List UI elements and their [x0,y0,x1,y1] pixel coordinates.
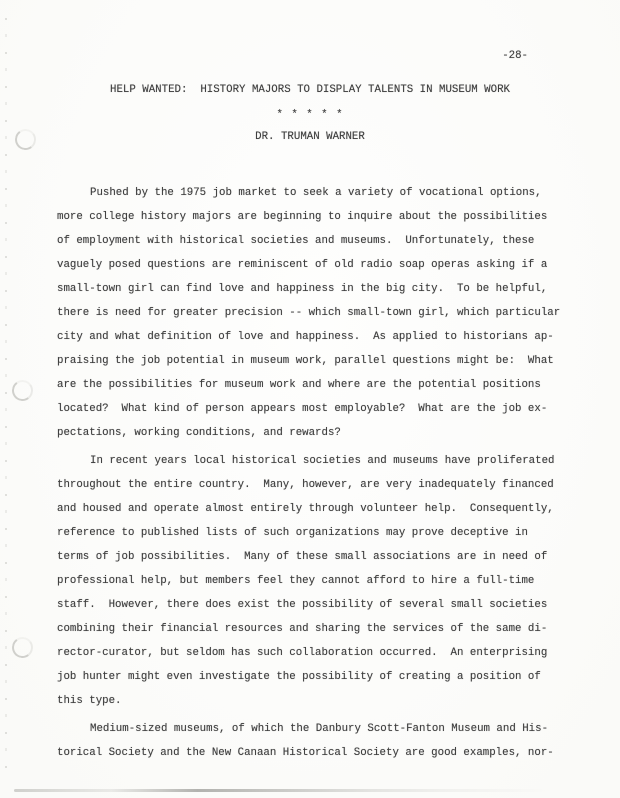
text-line: located? What kind of person appears mos… [57,397,573,421]
text-line: are the possibilities for museum work an… [57,373,573,397]
punch-hole-mark [11,379,35,403]
text-line: terms of job possibilities. Many of thes… [57,545,573,569]
text-line: job hunter might even investigate the po… [57,665,573,689]
text-line: professional help, but members feel they… [57,569,573,593]
text-line: and housed and operate almost entirely t… [57,497,573,521]
asterisk-separator: * * * * * [0,109,620,121]
text-line: there is need for greater precision -- w… [57,301,573,325]
text-line: Medium-sized museums, of which the Danbu… [57,717,573,741]
scanned-typewritten-page: -28- HELP WANTED: HISTORY MAJORS TO DISP… [0,0,620,798]
page-number: -28- [502,50,528,62]
text-line: praising the job potential in museum wor… [57,349,573,373]
text-line: throughout the entire country. Many, how… [57,473,573,497]
text-line: staff. However, there does exist the pos… [57,593,573,617]
text-line: reference to published lists of such org… [57,521,573,545]
text-line: this type. [57,689,573,713]
text-line: city and what definition of love and hap… [57,325,573,349]
author-byline: DR. TRUMAN WARNER [0,131,620,143]
text-line: In recent years local historical societi… [57,449,573,473]
text-line: small-town girl can find love and happin… [57,277,573,301]
text-line: rector-curator, but seldom has such coll… [57,641,573,665]
text-line: more college history majors are beginnin… [57,205,573,229]
scan-bottom-edge [14,789,554,792]
punch-hole-mark [11,636,35,660]
text-line: of employment with historical societies … [57,229,573,253]
article-body: Pushed by the 1975 job market to seek a … [57,181,573,765]
paragraph-1: Pushed by the 1975 job market to seek a … [57,181,573,445]
text-line: Pushed by the 1975 job market to seek a … [57,181,573,205]
text-line: combining their financial resources and … [57,617,573,641]
article-title: HELP WANTED: HISTORY MAJORS TO DISPLAY T… [0,84,620,96]
text-line: torical Society and the New Canaan Histo… [57,741,573,765]
text-line: pectations, working conditions, and rewa… [57,421,573,445]
text-line: vaguely posed questions are reminiscent … [57,253,573,277]
paragraph-2: In recent years local historical societi… [57,449,573,713]
paragraph-3: Medium-sized museums, of which the Danbu… [57,717,573,765]
